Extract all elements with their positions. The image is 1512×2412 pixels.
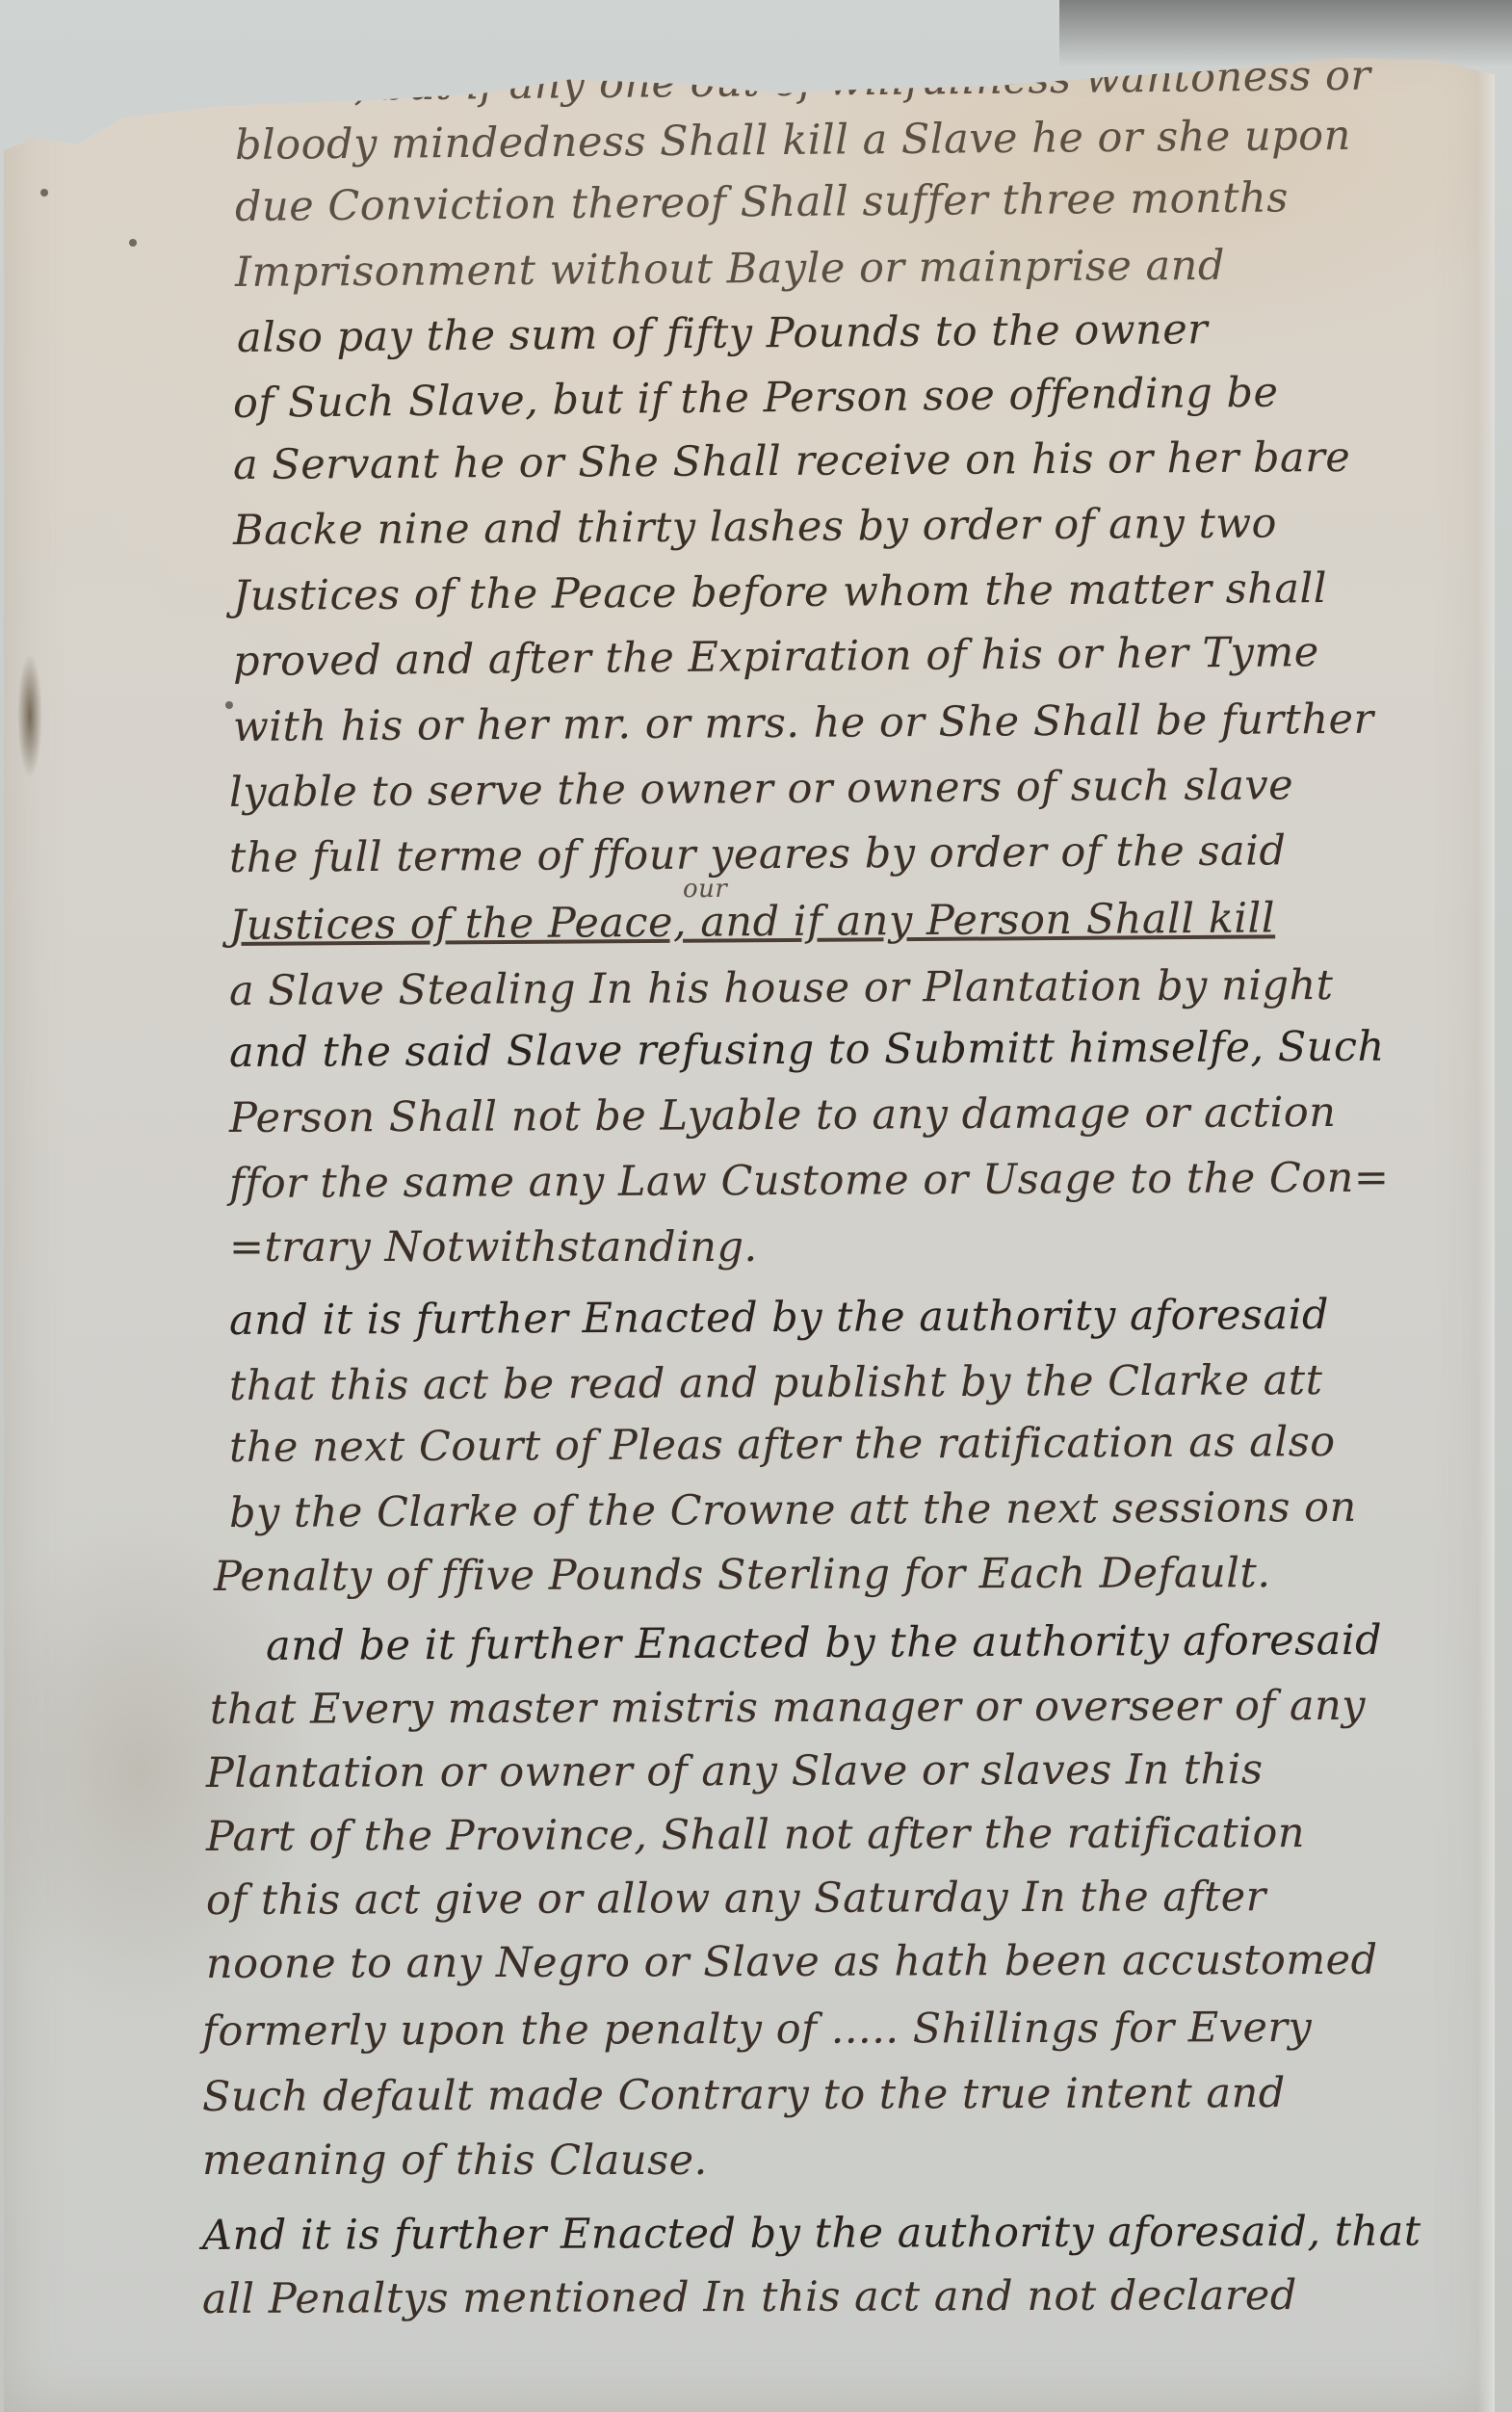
text-line: bloody mindedness Shall kill a Slave he … [235, 112, 1351, 170]
text-line: the full terme of ffour yeares by order … [229, 826, 1287, 882]
text-line: noone to any Negro or Slave as hath been… [206, 1936, 1378, 1988]
text-line: Backe nine and thirty lashes by order of… [233, 499, 1277, 555]
text-line: by the Clarke of the Crowne att the next… [229, 1483, 1357, 1537]
text-line: Part of the Province, Shall not after th… [206, 1809, 1305, 1861]
text-line: Justices of the Peace before whom the ma… [233, 564, 1327, 620]
text-line: Plantation or owner of any Slave or slav… [206, 1745, 1264, 1797]
text-line: all Penaltys mentioned In this act and n… [202, 2271, 1297, 2323]
text-line: due Conviction thereof Shall suffer thre… [235, 173, 1289, 231]
text-line: that Every master mistris manager or ove… [210, 1682, 1366, 1734]
text-line: and the said Slave refusing to Submitt h… [229, 1023, 1385, 1077]
text-line: formerly upon the penalty of ..... Shill… [202, 2004, 1312, 2056]
inline-insertion: our [683, 875, 727, 904]
text-line: proved and after the Expiration of his o… [233, 628, 1319, 686]
text-line: meaning of this Clause. [202, 2137, 708, 2185]
text-line: Imprisonment without Bayle or mainprise … [235, 242, 1225, 297]
manuscript-text: Same, but if any one out of willfullness… [4, 37, 1495, 2412]
text-line: and it is further Enacted by the authori… [229, 1291, 1329, 1345]
text-line: of Such Slave, but if the Person soe off… [233, 369, 1279, 428]
text-line: that this act be read and publisht by th… [229, 1356, 1323, 1410]
text-line: Person Shall not be Lyable to any damage… [229, 1088, 1337, 1142]
text-line: Such default made Contrary to the true i… [202, 2069, 1286, 2121]
text-line: with his or her mr. or mrs. he or She Sh… [233, 695, 1374, 751]
text-line: and be it further Enacted by the authori… [266, 1616, 1382, 1670]
manuscript-page: Same, but if any one out of willfullness… [4, 37, 1495, 2412]
text-line: Justices of the Peace, and if any Person… [229, 894, 1275, 950]
text-line: the next Court of Pleas after the ratifi… [229, 1418, 1336, 1472]
text-line: ffor the same any Law Custome or Usage t… [229, 1154, 1390, 1208]
shadow-top-right [1059, 0, 1512, 67]
text-line: a Servant he or She Shall receive on his… [233, 433, 1351, 489]
text-line: of this act give or allow any Saturday I… [206, 1873, 1266, 1925]
text-line: And it is further Enacted by the authori… [202, 2208, 1421, 2260]
text-line: =trary Notwithstanding. [229, 1223, 758, 1272]
text-line: Penalty of ffive Pounds Sterling for Eac… [214, 1549, 1271, 1601]
text-line: lyable to serve the owner or owners of s… [229, 761, 1293, 817]
text-line: also pay the sum of fifty Pounds to the … [237, 305, 1209, 362]
text-line: a Slave Stealing In his house or Plantat… [229, 961, 1334, 1015]
